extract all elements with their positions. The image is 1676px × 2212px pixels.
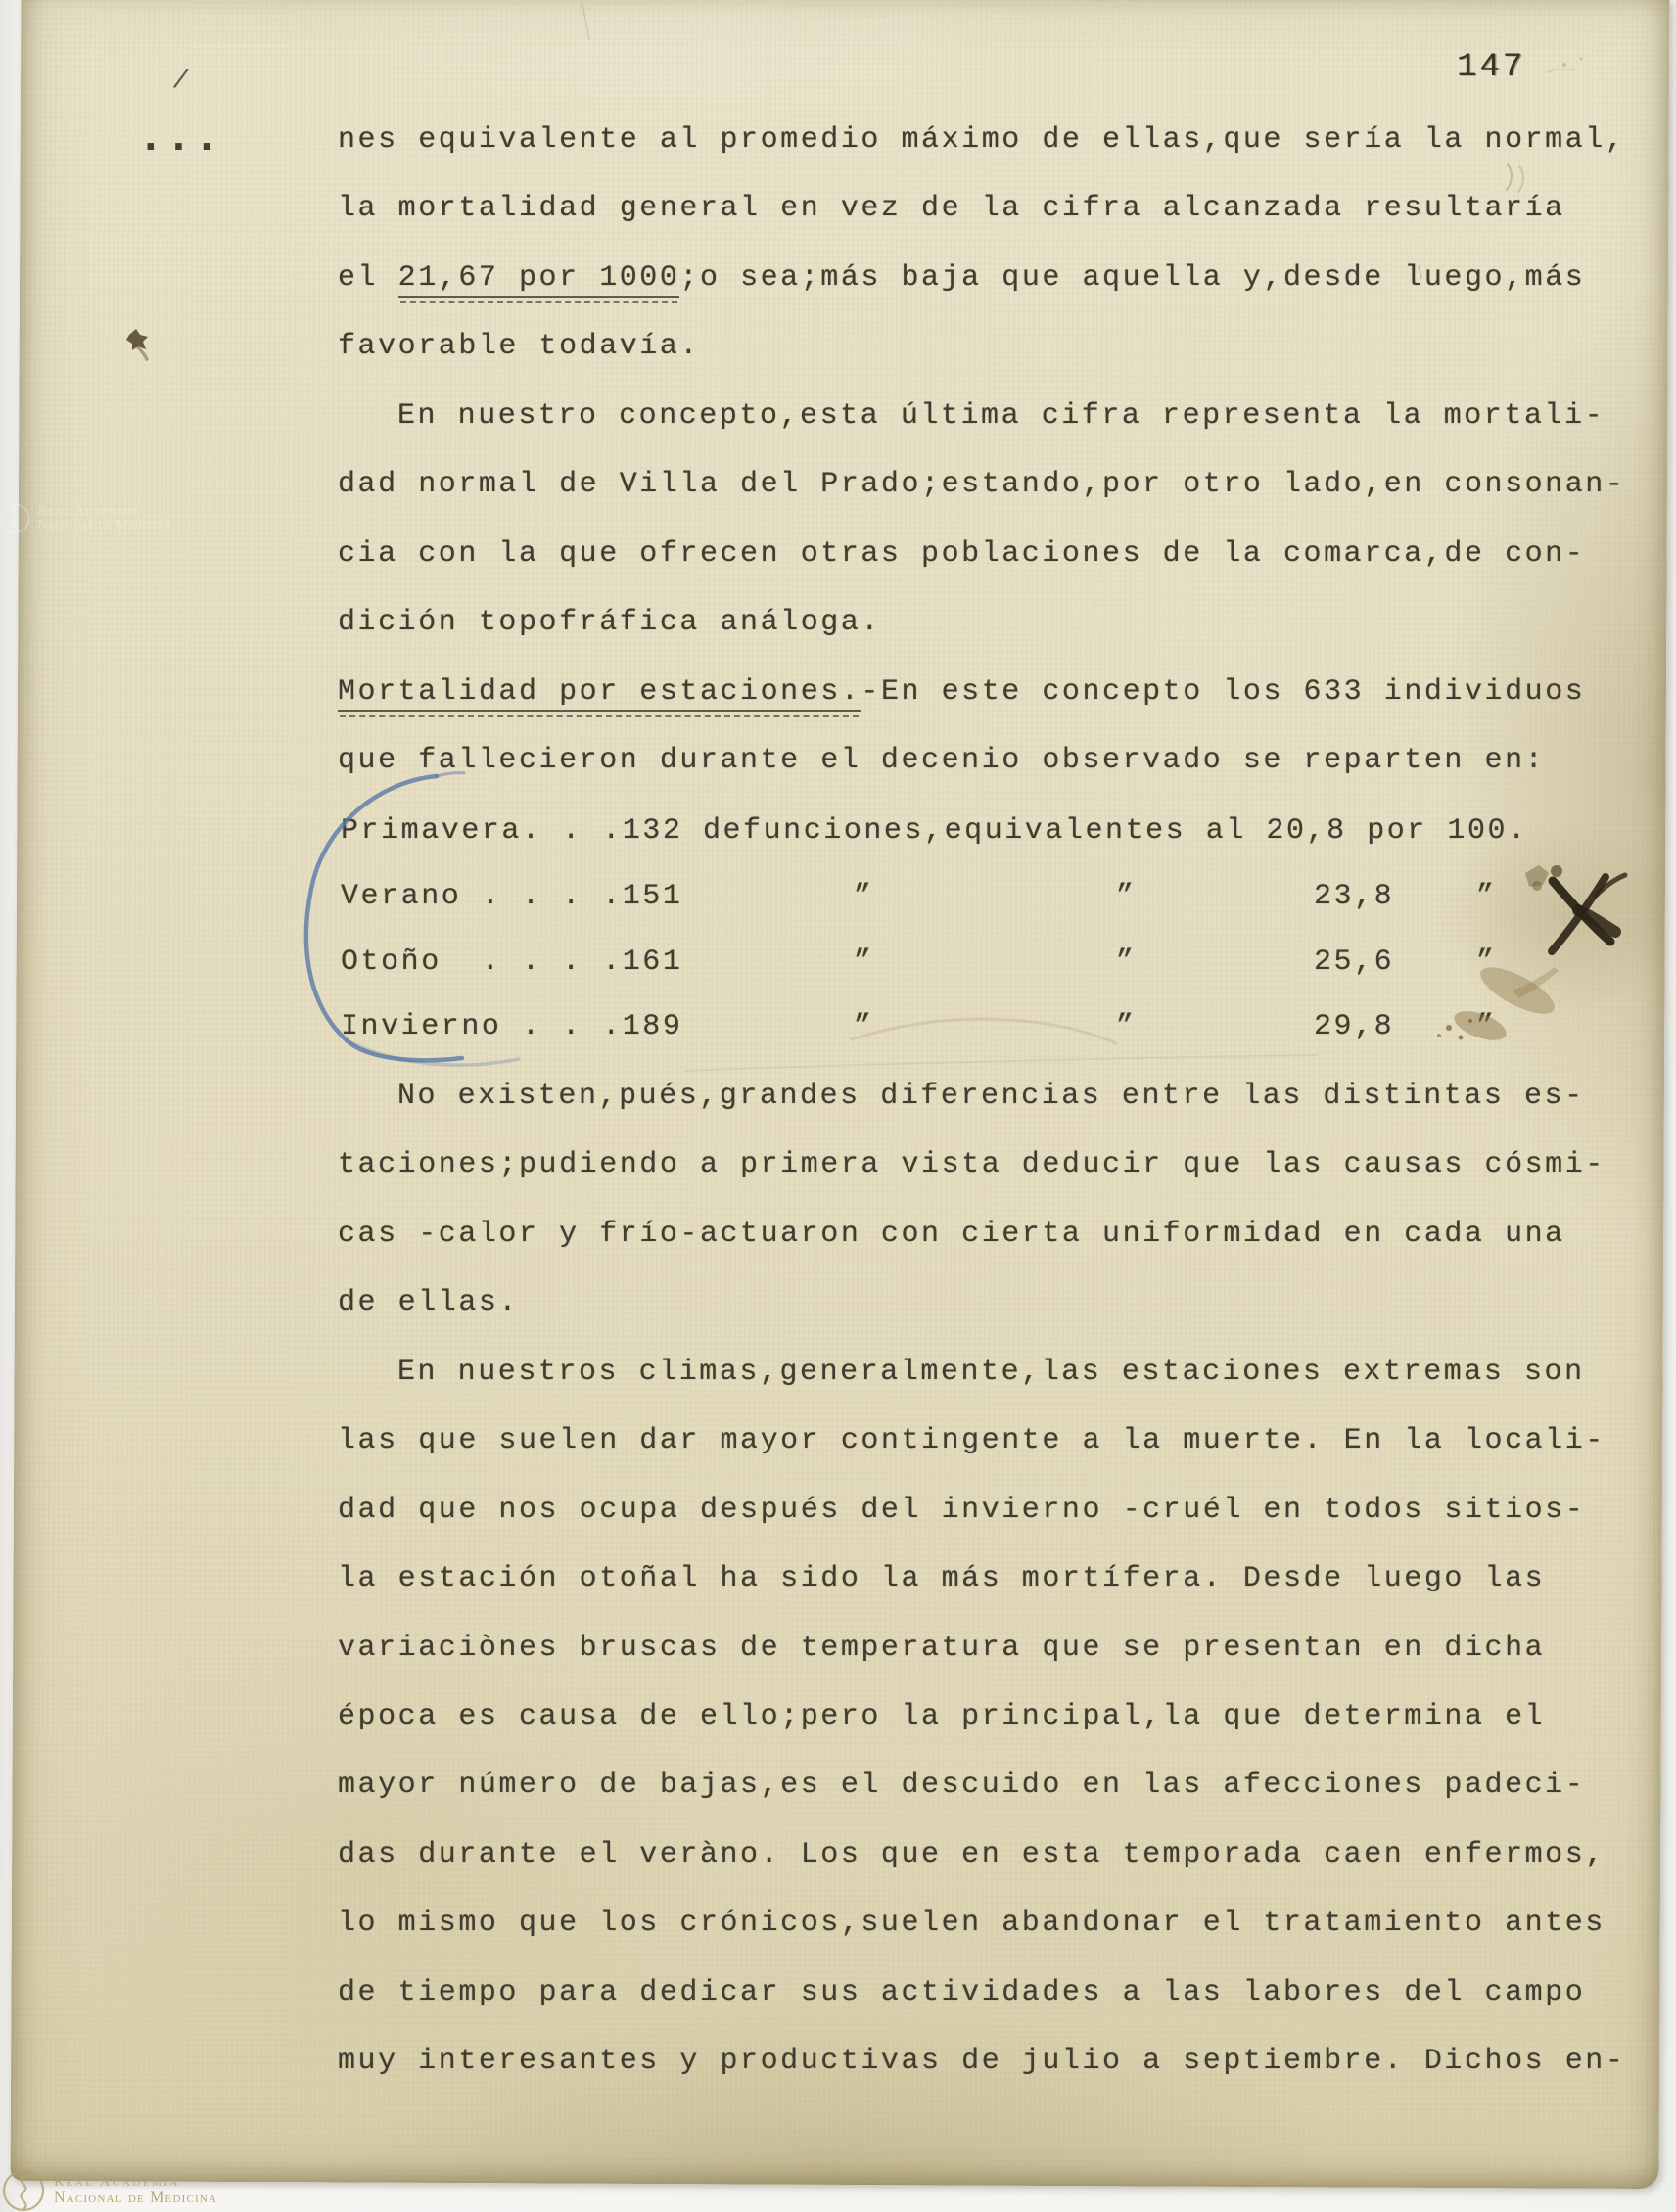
watermark-line1: Real Academia [54,2174,217,2190]
season-pct: 25,6 [1314,945,1394,979]
side-watermark: Real Academia Nacional de Medicina [0,503,172,533]
season-d2: ” [1116,880,1137,913]
season-row: Verano . . . .151””23,8” [0,880,1676,917]
season-d1: ” [854,880,874,913]
season-pct: 29,8 [1314,1010,1394,1043]
season-d3: ” [1476,880,1497,913]
season-d1: ” [854,1010,874,1043]
watermark-line1: Real Academia [38,504,172,518]
season-pct: 23,8 [1314,880,1394,913]
season-row-text: Primavera. . .132 defunciones,equivalent… [341,814,1528,848]
season-d3: ” [1476,1010,1497,1043]
season-d2: ” [1116,945,1137,979]
season-label: Invierno . . .189 [341,1010,682,1043]
watermark-line2: Nacional de Medicina [54,2189,217,2207]
season-row: Invierno . . .189””29,8” [0,1010,1676,1047]
watermark-line2: Nacional de Medicina [38,518,172,532]
season-row: Primavera. . .132 defunciones,equivalent… [0,814,1676,852]
season-d1: ” [854,945,874,979]
seasons-table: Primavera. . .132 defunciones,equivalent… [0,0,1676,2212]
bottom-watermark: Real Academia Nacional de Medicina [2,2169,217,2212]
ranm-seal-icon [0,503,30,533]
season-label: Otoño . . . .161 [341,945,682,979]
ranm-seal-icon [2,2169,45,2212]
season-label: Verano . . . .151 [341,880,682,913]
scanned-document-page: 147 / ... nes equivalente al promedio má… [0,0,1676,2212]
season-d3: ” [1476,945,1497,979]
season-d2: ” [1116,1010,1137,1043]
season-row: Otoño . . . .161””25,6” [0,945,1676,983]
